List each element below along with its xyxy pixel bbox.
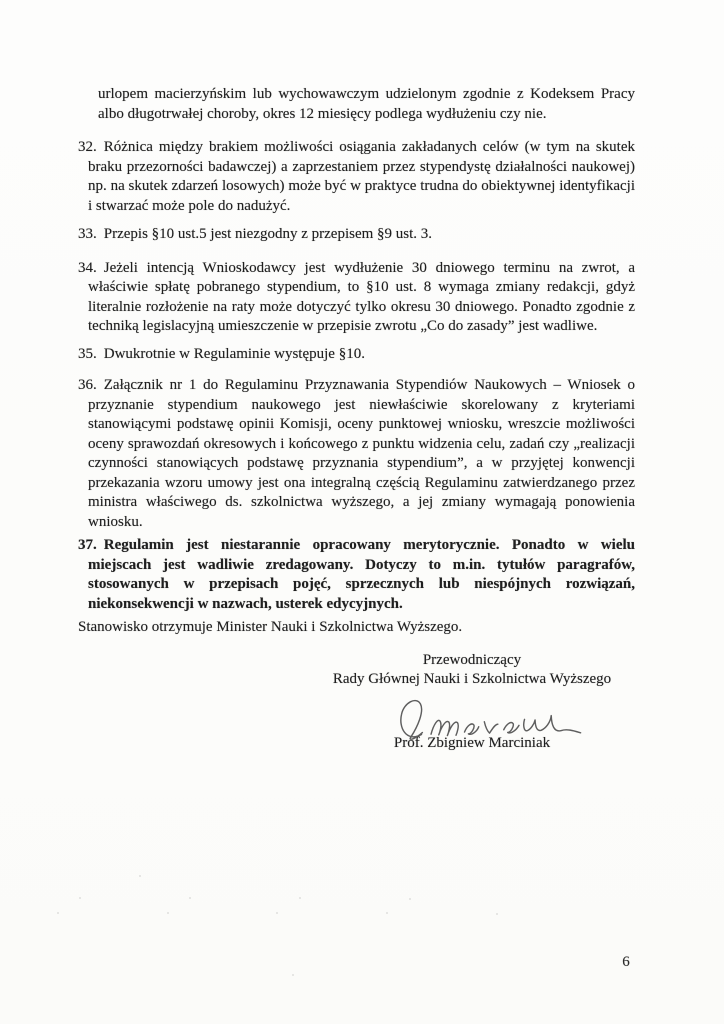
item-number: 34. <box>78 260 97 276</box>
numbered-item-35: 35.Dwukrotnie w Regulaminie występuje §1… <box>78 345 635 365</box>
scan-artifact-dot <box>299 897 301 899</box>
scan-artifact-dot <box>496 913 498 915</box>
scan-artifact-dot <box>79 897 81 899</box>
item-number: 33. <box>78 226 97 242</box>
body-text-continuation: urlopem macierzyńskim lub wychowawczym u… <box>98 85 635 124</box>
scan-artifact-dot <box>189 897 191 899</box>
document-body: urlopem macierzyńskim lub wychowawczym u… <box>78 85 635 753</box>
item-number: 37. <box>78 537 97 553</box>
signatory-role: Przewodniczący <box>322 651 622 671</box>
item-number: 36. <box>78 377 97 393</box>
item-text: Przepis §10 ust.5 jest niezgodny z przep… <box>104 226 432 242</box>
scan-artifact-dot <box>167 912 169 914</box>
signature-block: Przewodniczący Rady Głównej Nauki i Szko… <box>322 651 622 754</box>
scan-artifact-dot <box>409 898 411 900</box>
page-number: 6 <box>614 954 638 971</box>
item-text: Dwukrotnie w Regulaminie występuje §10. <box>104 346 365 362</box>
numbered-item-33: 33.Przepis §10 ust.5 jest niezgodny z pr… <box>78 225 635 245</box>
scan-artifact-dot <box>386 912 388 914</box>
item-text: Regulamin jest niestarannie opracowany m… <box>88 537 635 612</box>
signatory-organization: Rady Głównej Nauki i Szkolnictwa Wyższeg… <box>322 670 622 690</box>
item-text: Załącznik nr 1 do Regulaminu Przyznawani… <box>88 377 635 530</box>
closing-line: Stanowisko otrzymuje Minister Nauki i Sz… <box>78 618 635 638</box>
scan-artifact-dot <box>139 875 141 877</box>
numbered-item-32: 32.Różnica między brakiem możliwości osi… <box>78 138 635 216</box>
scan-artifact-dot <box>292 974 294 976</box>
item-number: 32. <box>78 139 97 155</box>
item-text: Jeżeli intencją Wnioskodawcy jest wydłuż… <box>88 260 635 335</box>
scan-artifact-dot <box>276 912 278 914</box>
handwritten-signature-icon <box>387 688 584 741</box>
item-text: Różnica między brakiem możliwości osiąga… <box>88 139 635 214</box>
numbered-item-34: 34.Jeżeli intencją Wnioskodawcy jest wyd… <box>78 259 635 337</box>
numbered-item-36: 36.Załącznik nr 1 do Regulaminu Przyznaw… <box>78 376 635 532</box>
document-page: urlopem macierzyńskim lub wychowawczym u… <box>0 0 724 1024</box>
item-number: 35. <box>78 346 97 362</box>
scan-artifact-dot <box>57 912 59 914</box>
numbered-item-37: 37.Regulamin jest niestarannie opracowan… <box>78 536 635 614</box>
